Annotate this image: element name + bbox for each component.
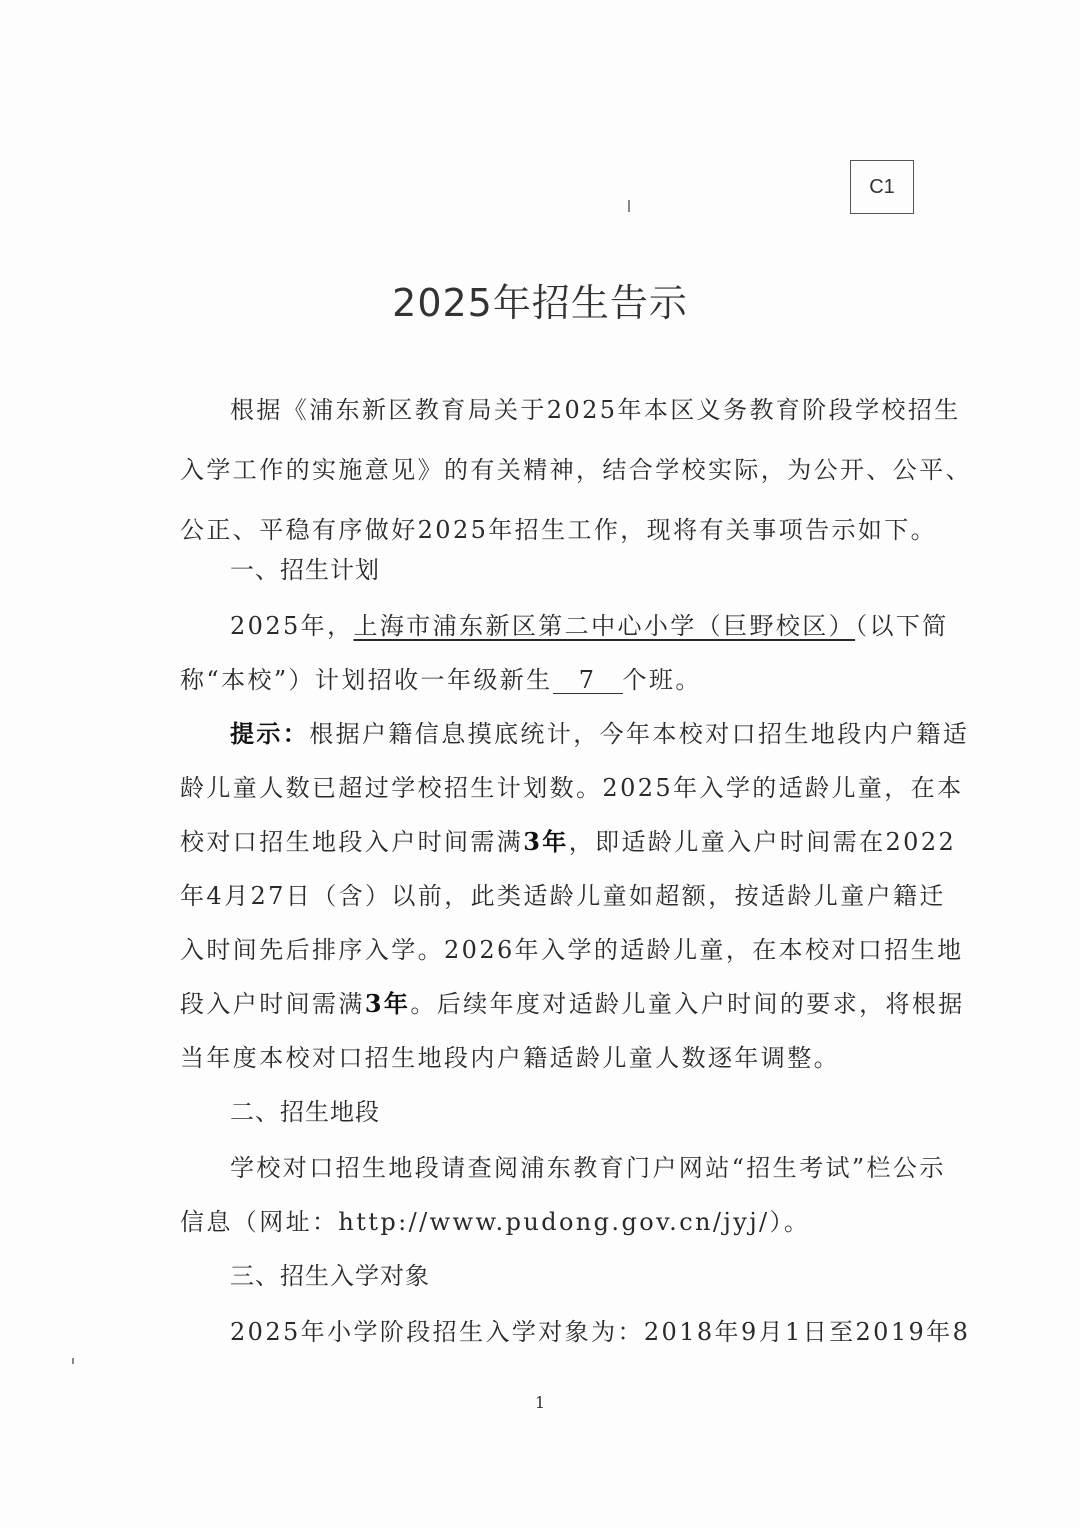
intro-line-1: 根据《浦东新区教育局关于2025年本区义务教育阶段学校招生 [230,394,910,426]
notice-text-3b: ，即适龄儿童入户时间需在2022 [569,828,956,856]
notice-line-4: 年4月27日（含）以前，此类适龄儿童如超额，按适龄儿童户籍迁 [180,880,910,912]
residence-years-bold: 3年 [523,827,569,856]
plan-line-1-suffix: （以下简 [855,612,949,640]
notice-line-3: 校对口招生地段入户时间需满3年，即适龄儿童入户时间需在2022 [180,826,910,858]
notice-line-1: 提示：根据户籍信息摸底统计，今年本校对口招生地段内户籍适 [230,718,910,750]
notice-line-2: 龄儿童人数已超过学校招生计划数。2025年入学的适龄儿童，在本 [180,772,910,804]
section-heading-enrollment-zone: 二、招生地段 [230,1096,910,1128]
section-heading-enrollment-target: 三、招生入学对象 [230,1260,910,1292]
section-heading-enrollment-plan: 一、招生计划 [230,554,910,586]
plan-year-prefix: 2025年， [230,612,353,640]
zone-line-2: 信息（网址：http://www.pudong.gov.cn/jyj/）。 [180,1206,910,1238]
document-title: 2025年招生告示 [0,272,1080,327]
notice-text-3a: 校对口招生地段入户时间需满 [180,828,523,856]
document-code-box: C1 [850,160,914,214]
notice-text-1: 根据户籍信息摸底统计，今年本校对口招生地段内户籍适 [309,720,969,748]
notice-line-5: 入时间先后排序入学。2026年入学的适龄儿童，在本校对口招生地 [180,934,910,966]
notice-line-7: 当年度本校对口招生地段内户籍适龄儿童人数逐年调整。 [180,1042,910,1074]
notice-line-6: 段入户时间需满3年。后续年度对适龄儿童入户时间的要求，将根据 [180,988,910,1020]
notice-label: 提示： [230,719,309,748]
plan-line-2: 称“本校”）计划招收一年级新生7个班。 [180,664,910,696]
document-page: C1 2025年招生告示 根据《浦东新区教育局关于2025年本区义务教育阶段学校… [0,0,1080,1527]
intro-line-2: 入学工作的实施意见》的有关精神，结合学校实际，为公开、公平、 [180,454,910,486]
zone-line-1: 学校对口招生地段请查阅浦东教育门户网站“招生考试”栏公示 [230,1152,910,1184]
plan-line-2-prefix: 称“本校”）计划招收一年级新生 [180,666,553,694]
notice-text-6b: 。后续年度对适龄儿童入户时间的要求，将根据 [410,990,964,1018]
residence-years-bold-2026: 3年 [365,989,411,1018]
school-name: 上海市浦东新区第二中心小学（巨野校区） [353,612,855,640]
intro-line-3: 公正、平稳有序做好2025年招生工作，现将有关事项告示如下。 [180,514,910,546]
class-count: 7 [553,667,623,694]
scan-mark [72,1358,74,1364]
plan-line-1: 2025年，上海市浦东新区第二中心小学（巨野校区）（以下简 [230,610,910,642]
plan-line-2-suffix: 个班。 [623,666,702,694]
scan-mark [628,200,630,212]
page-number: 1 [0,1393,1080,1412]
target-line-1: 2025年小学阶段招生入学对象为：2018年9月1日至2019年8 [230,1316,910,1348]
notice-text-6a: 段入户时间需满 [180,990,365,1018]
